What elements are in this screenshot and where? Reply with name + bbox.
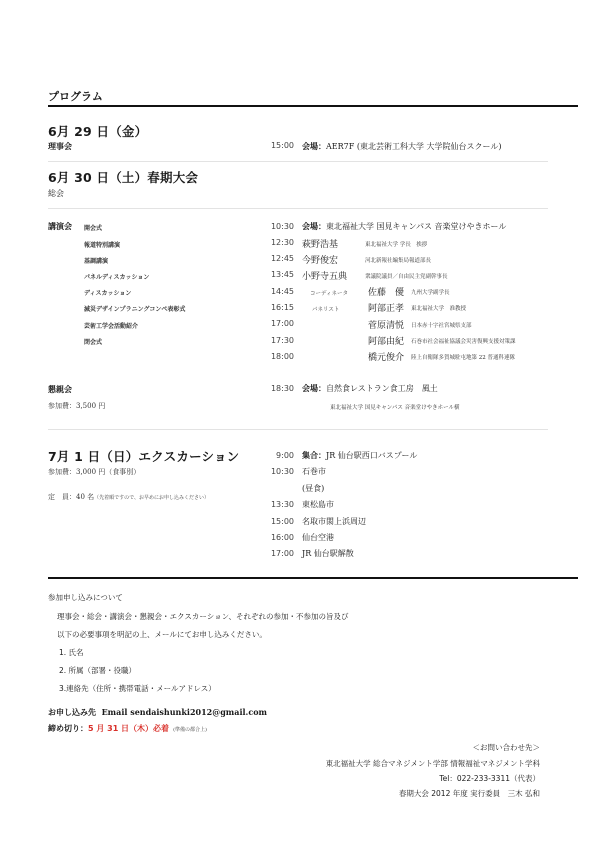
reception-label: 懇親会	[48, 384, 72, 395]
section-divider	[48, 577, 578, 579]
day1-time: 15:00	[258, 141, 294, 150]
session-time: 18:00	[258, 352, 294, 361]
reception-time: 18:30	[258, 384, 294, 393]
day1-heading: 6月 29 日（金）	[48, 122, 147, 140]
session-time: 16:15	[258, 303, 294, 312]
lecture-venue: 会場：東北福祉大学 国見キャンパス 音楽堂けやきホール	[302, 221, 506, 232]
session-time: 12:30	[258, 238, 294, 247]
itinerary-time: 16:00	[258, 533, 294, 542]
application-line: 以下の必要事項を明記の上、メールにてお申し込みください。	[57, 629, 267, 640]
lecture-label: 講演会	[48, 221, 72, 232]
speaker-affiliation: 東北福祉大学 准教授	[411, 304, 466, 312]
itinerary-place: 集合：JR 仙台駅西口バスプール	[302, 450, 417, 461]
required-item: 3.連絡先（住所・携帯電話・メールアドレス）	[59, 683, 216, 694]
session-title: 減災デザインプラニングコンペ表彰式	[84, 304, 185, 313]
deadline-note: (準備の都合上)	[173, 727, 207, 733]
capacity-note: （先着順ですので、お早めにお申し込みください）	[94, 495, 209, 501]
reception-venue-note: 東北福祉大学 国見キャンパス 音楽堂けやきホール横	[330, 403, 460, 411]
day3-heading: 7月 1 日（日）エクスカーション	[48, 447, 239, 465]
session-title: 基調講演	[84, 256, 108, 265]
contact-committee: 春期大会 2012 年度 実行委員 三木 弘和	[399, 788, 540, 799]
session-time: 14:45	[258, 287, 294, 296]
itinerary-time: 10:30	[258, 467, 294, 476]
itinerary-place: 石巻市	[302, 466, 326, 477]
day2-heading: 6月 30 日（土）春期大会	[48, 168, 198, 186]
place-text: JR 仙台駅西口バスプール	[326, 451, 417, 460]
itinerary-time: 9:00	[258, 451, 294, 460]
itinerary-place: 名取市閖上浜周辺	[302, 516, 366, 527]
itinerary-place: JR 仙台駅解散	[302, 548, 354, 559]
session-time: 10:30	[258, 222, 294, 231]
contact-tel: Tel：022-233-3311（代表）	[439, 773, 540, 784]
session-title: 報道特別講演	[84, 240, 120, 249]
required-item: 2. 所属（部署・役職）	[59, 665, 136, 676]
venue-label: 会場：	[302, 384, 326, 393]
venue-label: 会場：	[302, 222, 326, 231]
venue-text: AER7F (東北芸術工科大学 大学院仙台スクール)	[326, 142, 501, 151]
itinerary-place: 東松島市	[302, 499, 334, 510]
deadline: 締め切り：5 月 31 日（木）必着(準備の都合上)	[48, 723, 207, 734]
session-time: 17:00	[258, 319, 294, 328]
venue-label: 会場：	[302, 142, 326, 151]
session-time: 17:30	[258, 336, 294, 345]
header-divider	[48, 105, 578, 107]
session-time: 12:45	[258, 254, 294, 263]
session-title: 開会式	[84, 223, 102, 232]
session-time: 13:45	[258, 270, 294, 279]
email-address[interactable]: Email sendaishunki2012@gmail.com	[102, 707, 267, 717]
itinerary-time: 13:30	[258, 500, 294, 509]
general-meeting: 総会	[48, 188, 64, 199]
session-title: 芸術工学会活動紹介	[84, 321, 138, 330]
divider	[48, 208, 548, 209]
venue-text: 東北福祉大学 国見キャンパス 音楽堂けやきホール	[326, 222, 506, 231]
session-title: ディスカッション	[84, 288, 131, 297]
excursion-capacity: 定 員：40 名（先着順ですので、お早めにお申し込みください）	[48, 484, 209, 503]
speaker-name: 阿部由紀	[368, 334, 404, 347]
divider	[48, 161, 548, 162]
itinerary-time: 17:00	[258, 549, 294, 558]
venue-text: 自然食レストラン食工房 風土	[326, 384, 438, 393]
speaker-affiliation: 河北新報社編集局報道部長	[365, 256, 431, 264]
email-label: お申し込み先	[48, 708, 96, 717]
speaker-name: 橋元俊介	[368, 350, 404, 363]
speaker-affiliation: 石巻市社会福祉協議会災害復興支援対策課	[411, 337, 516, 345]
speaker-affiliation: 日本赤十字社宮城県支部	[411, 321, 472, 329]
reception-fee: 参加費：3,500 円	[48, 401, 105, 411]
speaker-role: コーディネータ	[310, 289, 348, 297]
required-item: 1. 氏名	[59, 647, 84, 658]
speaker-affiliation: 東北福祉大学 学長 挨拶	[365, 240, 427, 248]
reception-venue: 会場：自然食レストラン食工房 風土	[302, 383, 438, 394]
speaker-affiliation: 九州大学副学長	[411, 288, 450, 296]
capacity-label: 定 員：40 名	[48, 493, 94, 501]
day1-event: 理事会	[48, 141, 72, 152]
application-email: お申し込み先 Email sendaishunki2012@gmail.com	[48, 707, 267, 718]
speaker-name: 小野寺五典	[302, 269, 347, 282]
speaker-name: 阿部正孝	[368, 301, 404, 314]
speaker-name: 萩野浩基	[302, 237, 338, 250]
day1-venue: 会場：AER7F (東北芸術工科大学 大学院仙台スクール)	[302, 141, 501, 152]
speaker-affiliation: 陸上自衛隊多賀城駐屯地第 22 普通科連隊	[411, 353, 515, 361]
contact-title: ＜お問い合わせ先＞	[473, 742, 541, 753]
speaker-affiliation: 衆議院議員／自由民主党副幹事長	[365, 272, 448, 280]
application-title: 参加申し込みについて	[48, 592, 123, 603]
session-title: 閉会式	[84, 337, 102, 346]
session-title: パネルディスカッション	[84, 272, 149, 281]
program-title: プログラム	[48, 88, 103, 104]
speaker-name: 佐藤 優	[368, 285, 404, 298]
itinerary-place: 仙台空港	[302, 532, 334, 543]
divider	[48, 429, 548, 430]
speaker-name: 今野俊宏	[302, 253, 338, 266]
deadline-date: 5 月 31 日（木）必着	[88, 724, 169, 733]
application-line: 理事会・総会・講演会・懇親会・エクスカーション、それぞれの参加・不参加の旨及び	[57, 611, 349, 622]
itinerary-place: (昼食)	[302, 483, 324, 494]
itinerary-time: 15:00	[258, 517, 294, 526]
excursion-fee: 参加費：3,000 円（食事別）	[48, 467, 140, 477]
contact-org: 東北福祉大学 総合マネジメント学部 情報福祉マネジメント学科	[326, 758, 540, 769]
deadline-label: 締め切り：	[48, 724, 88, 733]
meeting-label: 集合：	[302, 451, 326, 460]
speaker-name: 菅原清悦	[368, 318, 404, 331]
speaker-role: パネリスト	[312, 305, 339, 313]
